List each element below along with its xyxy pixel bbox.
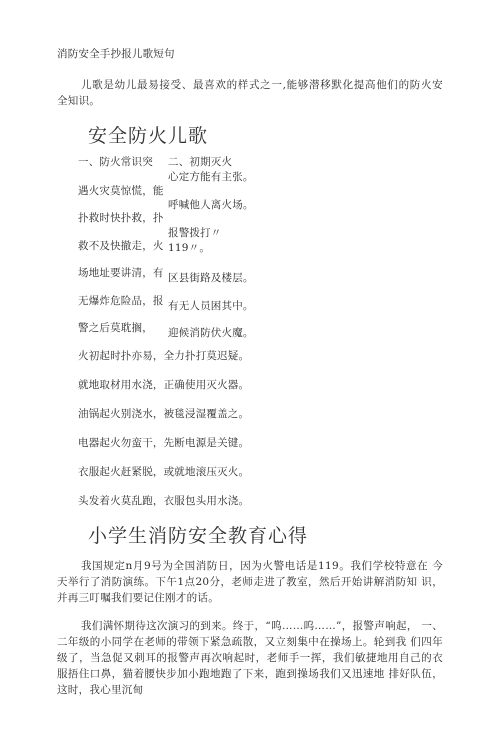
right-line: 报警拨打〃: [168, 227, 222, 240]
section2-heading: 小学生消防安全教育心得: [88, 521, 308, 548]
section1-heading: 安全防火儿歌: [88, 121, 208, 148]
left-column-header: 一、防火常识突: [78, 156, 153, 169]
right-line: 迎候消防伏火魔。: [168, 327, 254, 340]
rhyme-line: 火初起时扑亦易，全力扑打莫迟疑。: [78, 350, 249, 363]
right-line: 有无人员困其中。: [168, 300, 254, 313]
left-line: 遇火灾莫惊慌，能: [78, 185, 164, 198]
left-line: 扑救时快扑救，扑: [78, 212, 164, 225]
rhyme-line: 就地取材用水浇，正确使用灭火器。: [78, 379, 249, 392]
essay-paragraph-2: 我们满怀期待这次演习的到来。终于，“呜……呜……”，报警声响起， 一、二年级的小…: [57, 618, 443, 698]
left-line: 场地址要讲清，有: [78, 267, 164, 280]
right-column-header: 二、初期灭火: [168, 156, 232, 169]
left-line: 无爆炸危险品，报: [78, 295, 164, 308]
intro-paragraph: 儿歌是幼儿最易接受、最喜欢的样式之一,能够潜移默化提高他们的防火安 全知识。: [57, 77, 443, 109]
right-line: 心定方能有主张。: [168, 171, 254, 184]
right-line: 119〃。: [168, 242, 210, 255]
rhyme-line: 衣服起火赶紧脱，或就地滚压灭火。: [78, 466, 249, 479]
document-title: 消防安全手抄报儿歌短句: [57, 48, 175, 61]
rhyme-line: 油锅起火别浇水，被毯浸湿覆盖之。: [78, 408, 249, 421]
right-line: 区县街路及楼层。: [168, 272, 254, 285]
left-line: 警之后莫耽搁，: [78, 322, 153, 335]
rhyme-line: 电器起火勿蛮干，先断电源是关键。: [78, 437, 249, 450]
left-line: 救不及快撤走，火: [78, 240, 164, 253]
essay-paragraph-1: 我国规定n月9号为全国消防日，因为火警电话是119。我们学校特意在 今天举行了消…: [57, 558, 443, 606]
rhyme-line: 头发着火莫乱跑，衣服包头用水浇。: [78, 495, 249, 508]
right-line: 呼喊他人离火场。: [168, 199, 254, 212]
